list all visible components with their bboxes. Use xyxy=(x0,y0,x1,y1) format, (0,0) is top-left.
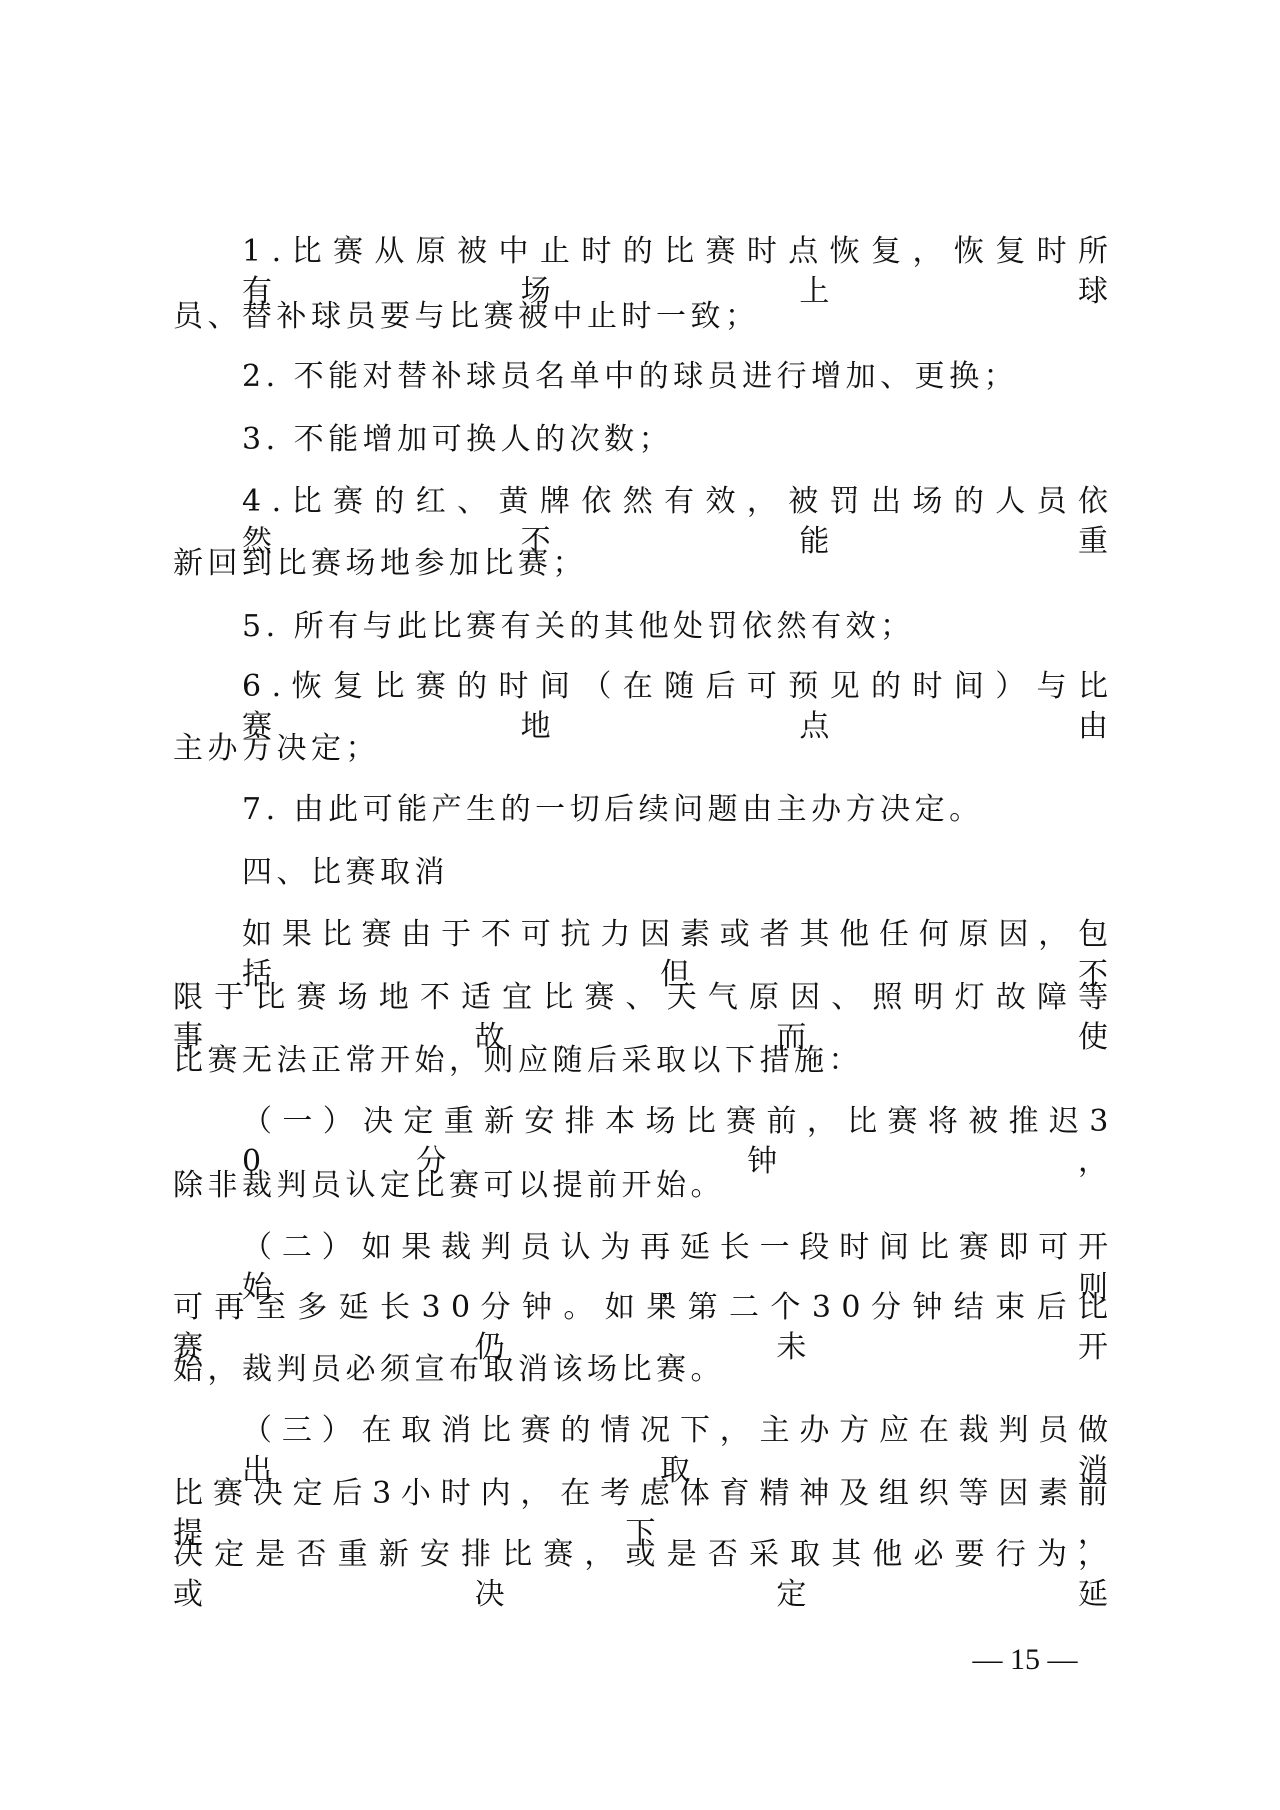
body-line-4: 3. 不能增加可换人的次数； xyxy=(242,420,1108,460)
body-line-20: （ 三 ） 在 取 消 比 赛 的 情 况 下 ， 主 办 方 应 在 裁 判 … xyxy=(242,1411,1108,1451)
body-line-22: 决 定 是 否 重 新 安 排 比 赛 ， 或 是 否 采 取 其 他 必 要 … xyxy=(173,1535,1108,1575)
body-line-2: 员、替补球员要与比赛被中止时一致； xyxy=(173,297,1108,337)
body-line-12: 如 果 比 赛 由 于 不 可 抗 力 因 素 或 者 其 他 任 何 原 因 … xyxy=(242,915,1108,955)
page-number: — 15 — xyxy=(960,1640,1090,1680)
section-heading-cancellation: 四、比赛取消 xyxy=(242,853,1108,893)
body-line-3: 2. 不能对替补球员名单中的球员进行增加、更换； xyxy=(242,357,1108,397)
body-line-6: 新回到比赛场地参加比赛； xyxy=(173,544,1108,584)
body-line-21: 比 赛 决 定 后 3 小 时 内 ， 在 考 虑 体 育 精 神 及 组 织 … xyxy=(173,1474,1108,1514)
body-line-13: 限 于 比 赛 场 地 不 适 宜 比 赛 、 天 气 原 因 、 照 明 灯 … xyxy=(173,978,1108,1018)
body-line-7: 5. 所有与此比赛有关的其他处罚依然有效； xyxy=(242,607,1108,647)
body-line-8: 6 . 恢 复 比 赛 的 时 间 （ 在 随 后 可 预 见 的 时 间 ） … xyxy=(242,667,1108,707)
body-line-10: 7. 由此可能产生的一切后续问题由主办方决定。 xyxy=(242,790,1108,830)
body-line-14: 比赛无法正常开始，则应随后采取以下措施： xyxy=(173,1041,1108,1081)
body-line-5: 4 . 比 赛 的 红 、 黄 牌 依 然 有 效 ， 被 罚 出 场 的 人 … xyxy=(242,482,1108,522)
body-line-9: 主办方决定； xyxy=(173,729,1108,769)
body-line-18: 可 再 至 多 延 长 3 0 分 钟 。 如 果 第 二 个 3 0 分 钟 … xyxy=(173,1288,1108,1328)
body-line-17: （ 二 ） 如 果 裁 判 员 认 为 再 延 长 一 段 时 间 比 赛 即 … xyxy=(242,1228,1108,1268)
document-page: 1 . 比 赛 从 原 被 中 止 时 的 比 赛 时 点 恢 复 ， 恢 复 … xyxy=(0,0,1280,1810)
body-line-19: 始，裁判员必须宣布取消该场比赛。 xyxy=(173,1350,1108,1390)
body-line-1: 1 . 比 赛 从 原 被 中 止 时 的 比 赛 时 点 恢 复 ， 恢 复 … xyxy=(242,232,1108,272)
body-line-16: 除非裁判员认定比赛可以提前开始。 xyxy=(173,1166,1108,1206)
body-line-15: （ 一 ） 决 定 重 新 安 排 本 场 比 赛 前 ， 比 赛 将 被 推 … xyxy=(242,1102,1108,1142)
